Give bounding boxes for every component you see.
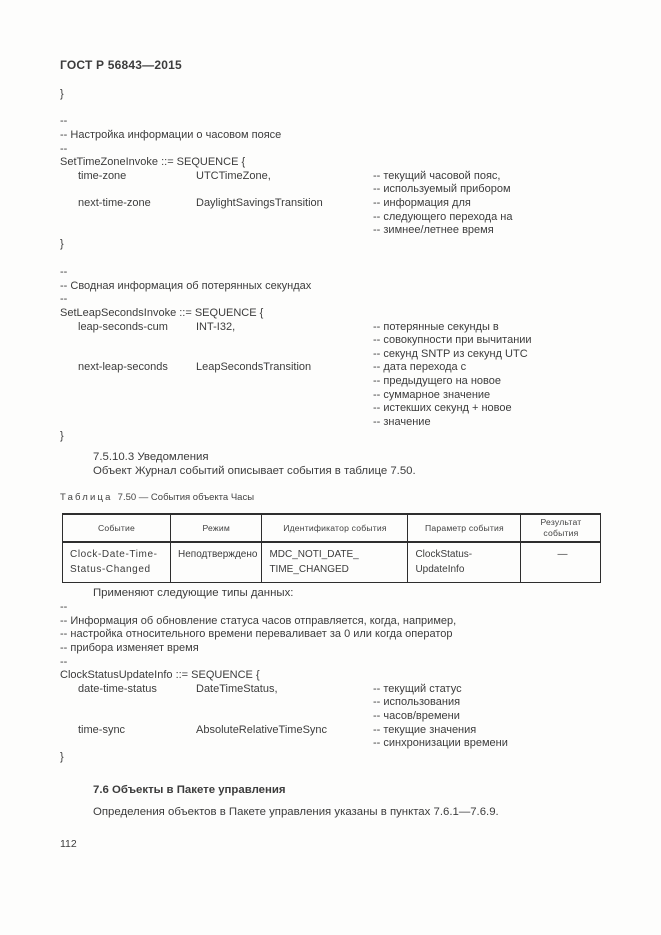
- code-line: ClockStatusUpdateInfo ::= SEQUENCE {: [60, 669, 620, 683]
- code-line: }: [60, 430, 620, 444]
- code-comment: -- Сводная информация об потерянных секу…: [60, 280, 311, 294]
- field-comment: -- текущие значения: [373, 724, 476, 738]
- cell-event-id: MDC_NOTI_DATE_ TIME_CHANGED: [262, 542, 408, 582]
- field-name: next-leap-seconds: [78, 361, 168, 375]
- code-line: -- зимнее/летнее время: [60, 224, 620, 238]
- events-table: Событие Режим Идентификатор события Пара…: [62, 513, 601, 583]
- asn1-code-block-clockstatus: -- -- Информация об обновление статуса ч…: [60, 601, 620, 765]
- field-comment: -- потерянные секунды в: [373, 321, 499, 335]
- code-line: -- истекших секунд + новое: [60, 402, 620, 416]
- events-table-wrapper: Событие Режим Идентификатор события Пара…: [62, 513, 601, 583]
- code-line: -- синхронизации времени: [60, 737, 620, 751]
- code-comment: --: [60, 656, 67, 670]
- code-text: SetLeapSecondsInvoke ::= SEQUENCE {: [60, 307, 263, 321]
- table-caption-label: Таблица: [60, 492, 113, 503]
- section-body-7-6: Определения объектов в Пакете управления…: [93, 806, 499, 820]
- header-cell-mode: Режим: [171, 514, 262, 542]
- field-type: DateTimeStatus,: [196, 683, 278, 697]
- cell-event: Clock-Date-Time- Status-Changed: [63, 542, 171, 582]
- code-line: next-leap-seconds LeapSecondsTransition …: [60, 361, 620, 375]
- code-comment: -- прибора изменяет время: [60, 642, 199, 656]
- code-line: -- Информация об обновление статуса часо…: [60, 615, 620, 629]
- code-line: }: [60, 238, 620, 252]
- field-name: time-sync: [78, 724, 125, 738]
- cell-mode: Неподтверждено: [171, 542, 262, 582]
- cell-event-result: —: [521, 542, 601, 582]
- code-comment: --: [60, 266, 67, 280]
- section-heading-7-6: 7.6 Объекты в Пакете управления: [93, 784, 286, 798]
- field-comment: -- зимнее/летнее время: [373, 224, 494, 238]
- table-caption-text: 7.50 — События объекта Часы: [118, 492, 254, 503]
- table-caption: Таблица7.50 — События объекта Часы: [60, 492, 254, 503]
- section-body: Объект Журнал событий описывает события …: [93, 465, 416, 479]
- code-comment: --: [60, 143, 67, 157]
- field-comment: -- синхронизации времени: [373, 737, 508, 751]
- code-line: -- суммарное значение: [60, 389, 620, 403]
- code-line: SetTimeZoneInvoke ::= SEQUENCE {: [60, 156, 620, 170]
- field-type: AbsoluteRelativeTimeSync: [196, 724, 327, 738]
- field-comment: -- дата перехода с: [373, 361, 466, 375]
- code-line: next-time-zone DaylightSavingsTransition…: [60, 197, 620, 211]
- code-line: date-time-status DateTimeStatus, -- теку…: [60, 683, 620, 697]
- field-comment: -- текущий статус: [373, 683, 462, 697]
- field-comment: -- секунд SNTP из секунд UTC: [373, 348, 528, 362]
- code-line: -- значение: [60, 416, 620, 430]
- code-line: --: [60, 293, 620, 307]
- table-header-row: Событие Режим Идентификатор события Пара…: [63, 514, 601, 542]
- header-cell-event: Событие: [63, 514, 171, 542]
- asn1-code-block-leapseconds: -- -- Сводная информация об потерянных с…: [60, 266, 620, 443]
- code-line: --: [60, 266, 620, 280]
- header-cell-event-param: Параметр события: [408, 514, 521, 542]
- code-line: --: [60, 143, 620, 157]
- code-text: ClockStatusUpdateInfo ::= SEQUENCE {: [60, 669, 260, 683]
- asn1-code-block-timezone: } -- -- Настройка информации о часовом п…: [60, 88, 620, 252]
- code-line: --: [60, 601, 620, 615]
- field-name: leap-seconds-cum: [78, 321, 168, 335]
- section-7-5-10-3: 7.5.10.3 Уведомления Объект Журнал событ…: [93, 451, 416, 479]
- code-line: }: [60, 751, 620, 765]
- code-text: SetTimeZoneInvoke ::= SEQUENCE {: [60, 156, 245, 170]
- field-type: DaylightSavingsTransition: [196, 197, 323, 211]
- field-comment: -- используемый прибором: [373, 183, 511, 197]
- code-line: -- используемый прибором: [60, 183, 620, 197]
- field-comment: -- истекших секунд + новое: [373, 402, 512, 416]
- code-comment: -- настройка относительного времени пере…: [60, 628, 453, 642]
- code-line: }: [60, 88, 620, 102]
- code-text: }: [60, 751, 64, 765]
- code-text: }: [60, 430, 64, 444]
- types-intro-paragraph: Применяют следующие типы данных:: [93, 587, 293, 601]
- code-comment: --: [60, 293, 67, 307]
- page-number: 112: [60, 838, 77, 850]
- cell-event-param: ClockStatus- UpdateInfo: [408, 542, 521, 582]
- field-type: LeapSecondsTransition: [196, 361, 311, 375]
- code-line: SetLeapSecondsInvoke ::= SEQUENCE {: [60, 307, 620, 321]
- code-line: -- Настройка информации о часовом поясе: [60, 129, 620, 143]
- code-line: leap-seconds-cum INT-I32, -- потерянные …: [60, 321, 620, 335]
- code-text: }: [60, 88, 64, 102]
- code-line: --: [60, 656, 620, 670]
- code-text: }: [60, 238, 64, 252]
- code-comment: --: [60, 601, 67, 615]
- field-comment: -- информация для: [373, 197, 471, 211]
- field-name: date-time-status: [78, 683, 157, 697]
- code-line: time-sync AbsoluteRelativeTimeSync -- те…: [60, 724, 620, 738]
- code-line: -- прибора изменяет время: [60, 642, 620, 656]
- code-line: -- секунд SNTP из секунд UTC: [60, 348, 620, 362]
- code-comment: -- Настройка информации о часовом поясе: [60, 129, 281, 143]
- field-comment: -- совокупности при вычитании: [373, 334, 532, 348]
- code-line: -- совокупности при вычитании: [60, 334, 620, 348]
- code-line: -- следующего перехода на: [60, 211, 620, 225]
- code-line: --: [60, 115, 620, 129]
- section-heading: 7.5.10.3 Уведомления: [93, 451, 416, 465]
- field-type: INT-I32,: [196, 321, 235, 335]
- code-line-blank: [60, 102, 620, 116]
- code-line: time-zone UTCTimeZone, -- текущий часово…: [60, 170, 620, 184]
- code-comment: -- Информация об обновление статуса часо…: [60, 615, 456, 629]
- field-comment: -- следующего перехода на: [373, 211, 512, 225]
- code-line: -- предыдущего на новое: [60, 375, 620, 389]
- field-type: UTCTimeZone,: [196, 170, 271, 184]
- code-line: -- использования: [60, 696, 620, 710]
- field-comment: -- значение: [373, 416, 431, 430]
- code-comment: --: [60, 115, 67, 129]
- field-comment: -- текущий часовой пояс,: [373, 170, 500, 184]
- field-name: time-zone: [78, 170, 126, 184]
- field-comment: -- суммарное значение: [373, 389, 490, 403]
- table-row: Clock-Date-Time- Status-Changed Неподтве…: [63, 542, 601, 582]
- field-comment: -- часов/времени: [373, 710, 460, 724]
- code-line: -- Сводная информация об потерянных секу…: [60, 280, 620, 294]
- header-cell-event-id: Идентификатор события: [262, 514, 408, 542]
- code-line: -- часов/времени: [60, 710, 620, 724]
- code-line: -- настройка относительного времени пере…: [60, 628, 620, 642]
- header-cell-event-result: Результат события: [521, 514, 601, 542]
- field-comment: -- предыдущего на новое: [373, 375, 501, 389]
- document-page: ГОСТ Р 56843—2015 } -- -- Настройка инфо…: [0, 0, 661, 935]
- document-header: ГОСТ Р 56843—2015: [60, 58, 182, 72]
- field-comment: -- использования: [373, 696, 460, 710]
- field-name: next-time-zone: [78, 197, 151, 211]
